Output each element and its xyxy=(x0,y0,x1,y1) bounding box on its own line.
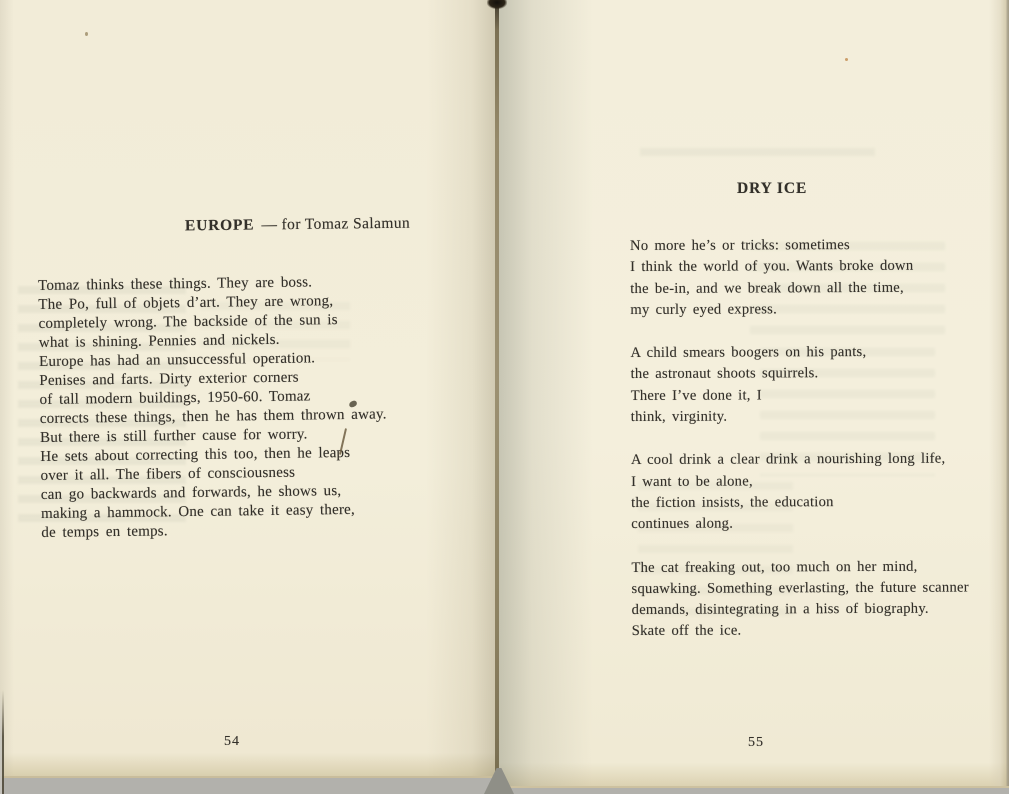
poem-line: the be-in, and we break down all the tim… xyxy=(630,277,967,300)
poem-body-dry-ice: No more he’s or tricks: sometimes I thin… xyxy=(630,235,969,665)
poem-line: No more he’s or tricks: sometimes xyxy=(630,235,967,258)
page-number: 54 xyxy=(224,734,240,750)
poem-line: The cat freaking out, too much on her mi… xyxy=(631,556,968,579)
poem-line: There I’ve done it, I xyxy=(631,384,968,407)
left-page: EUROPE— for Tomaz Salamun Tomaz thinks t… xyxy=(0,0,498,778)
paper-speck xyxy=(85,32,88,36)
poem-body-europe: Tomaz thinks these things. They are boss… xyxy=(38,272,388,543)
stanza: A child smears boogers on his pants, the… xyxy=(630,342,968,429)
stanza: A cool drink a clear drink a nourishing … xyxy=(631,449,969,536)
poem-line: de temps en temps. xyxy=(41,519,388,543)
poem-line: the astronaut shoots squirrels. xyxy=(631,363,968,386)
right-page: DRY ICE No more he’s or tricks: sometime… xyxy=(498,0,1009,788)
poem-line: I think the world of you. Wants broke do… xyxy=(630,256,967,279)
paper-speck xyxy=(845,58,848,61)
poem-line: Skate off the ice. xyxy=(632,620,969,643)
poem-title-dry-ice: DRY ICE xyxy=(737,180,807,198)
book-gutter xyxy=(495,0,499,780)
poem-title-word: EUROPE xyxy=(185,217,255,235)
poem-line: continues along. xyxy=(631,513,968,536)
poem-line: the fiction insists, the education xyxy=(631,491,968,514)
poem-title-europe: EUROPE— for Tomaz Salamun xyxy=(185,215,410,236)
page-number: 55 xyxy=(748,735,764,751)
poem-title-dedication: — for Tomaz Salamun xyxy=(261,215,410,234)
poem-line: I want to be alone, xyxy=(631,470,968,493)
book-spread: EUROPE— for Tomaz Salamun Tomaz thinks t… xyxy=(0,0,1009,794)
stanza: The cat freaking out, too much on her mi… xyxy=(631,556,969,643)
poem-line: A cool drink a clear drink a nourishing … xyxy=(631,449,968,472)
poem-line: demands, disintegrating in a hiss of bio… xyxy=(632,599,969,622)
poem-line: squawking. Something everlasting, the fu… xyxy=(631,577,968,600)
poem-line: my curly eyed express. xyxy=(630,298,967,321)
poem-line: A child smears boogers on his pants, xyxy=(630,342,967,365)
showthrough-heading xyxy=(640,148,875,161)
cover-edge xyxy=(0,690,6,794)
gutter-shadow-blob xyxy=(487,0,507,9)
poem-line: think, virginity. xyxy=(631,406,968,429)
stanza: No more he’s or tricks: sometimes I thin… xyxy=(630,235,968,322)
